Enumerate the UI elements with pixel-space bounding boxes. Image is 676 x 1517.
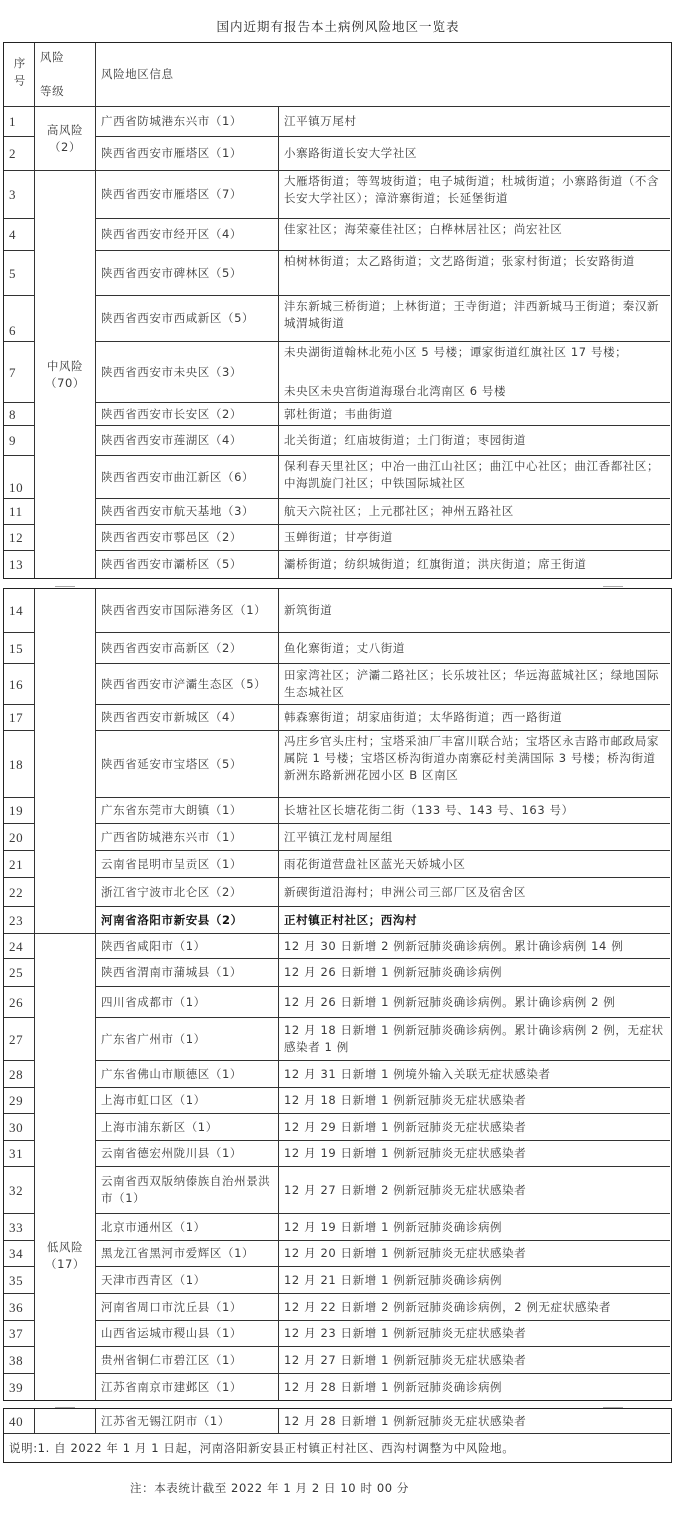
row-9-seq: 9 bbox=[4, 426, 35, 456]
row-18-region: 陕西省延安市宝塔区（5） bbox=[96, 731, 279, 798]
row-5-region: 陕西省西安市碑林区（5） bbox=[96, 251, 279, 296]
row-36-detail: 12 月 22 日新增 2 例新冠肺炎确诊病例，2 例无症状感染者 bbox=[279, 1294, 670, 1321]
row-10-detail: 保利春天里社区；中冶一曲江山社区；曲江中心社区；曲江香都社区；中海凯旋门社区；中… bbox=[279, 456, 670, 499]
row-1-region: 广西省防城港东兴市（1） bbox=[96, 107, 279, 137]
row-29-region: 上海市虹口区（1） bbox=[96, 1088, 279, 1114]
row-8-seq: 8 bbox=[4, 403, 35, 426]
row-34-seq: 34 bbox=[4, 1241, 35, 1267]
row-35-seq: 35 bbox=[4, 1267, 35, 1294]
row-31-seq: 31 bbox=[4, 1141, 35, 1167]
row-7-region: 陕西省西安市未央区（3） bbox=[96, 342, 279, 403]
row-21-seq: 21 bbox=[4, 851, 35, 878]
row-12-seq: 12 bbox=[4, 525, 35, 551]
row-18-seq: 18 bbox=[4, 731, 35, 798]
row-40-region: 江苏省无锡江阴市（1） bbox=[96, 1409, 279, 1434]
level-medium-count: （70） bbox=[45, 375, 85, 392]
page-break-marker-right-2 bbox=[603, 1401, 623, 1408]
row-13-seq: 13 bbox=[4, 551, 35, 578]
row-20-detail: 江平镇江龙村周屋组 bbox=[279, 824, 670, 851]
row-10-region: 陕西省西安市曲江新区（6） bbox=[96, 456, 279, 499]
page-break-marker-left-2 bbox=[55, 1401, 75, 1408]
row-26-region: 四川省成都市（1） bbox=[96, 987, 279, 1018]
table-segment-3: 40 江苏省无锡江阴市（1） 12 月 28 日新增 1 例新冠肺炎无症状感染者… bbox=[3, 1408, 672, 1463]
row-39-region: 江苏省南京市建邺区（1） bbox=[96, 1374, 279, 1400]
row-6-detail: 沣东新城三桥街道；上林街道；王寺街道；沣西新城马王街道；秦汉新城渭城街道 bbox=[279, 296, 670, 342]
row-32-seq: 32 bbox=[4, 1167, 35, 1214]
row-27-detail: 12 月 18 日新增 1 例新冠肺炎确诊病例。累计确诊病例 2 例，无症状感染… bbox=[279, 1018, 670, 1061]
row-14-seq: 14 bbox=[4, 589, 35, 633]
row-15-region: 陕西省西安市高新区（2） bbox=[96, 633, 279, 664]
level-high-count: （2） bbox=[49, 139, 81, 156]
row-13-region: 陕西省西安市灞桥区（5） bbox=[96, 551, 279, 578]
row-40-seq: 40 bbox=[4, 1409, 35, 1434]
row-39-seq: 39 bbox=[4, 1374, 35, 1400]
table-note: 说明:1. 自 2022 年 1 月 1 日起，河南洛阳新安县正村镇正村社区、西… bbox=[4, 1434, 670, 1461]
row-33-region: 北京市通州区（1） bbox=[96, 1214, 279, 1241]
row-14-region: 陕西省西安市国际港务区（1） bbox=[96, 589, 279, 633]
row-4-region: 陕西省西安市经开区（4） bbox=[96, 219, 279, 251]
page-break-marker-right bbox=[603, 580, 623, 587]
level-low-count: （17） bbox=[45, 1256, 85, 1273]
row-32-detail: 12 月 27 日新增 2 例新冠肺炎无症状感染者 bbox=[279, 1167, 670, 1214]
row-15-detail: 鱼化寨街道；丈八街道 bbox=[279, 633, 670, 664]
page-break-marker-left bbox=[55, 580, 75, 587]
row-4-detail: 佳家社区；海荣豪佳社区；白桦林居社区；尚宏社区 bbox=[279, 219, 670, 251]
row-27-seq: 27 bbox=[4, 1018, 35, 1061]
row-15-seq: 15 bbox=[4, 633, 35, 664]
row-33-seq: 33 bbox=[4, 1214, 35, 1241]
row-31-detail: 12 月 19 日新增 1 例新冠肺炎无症状感染者 bbox=[279, 1141, 670, 1167]
row-40-detail: 12 月 28 日新增 1 例新冠肺炎无症状感染者 bbox=[279, 1409, 670, 1434]
row-7-detail-line-1: 未央湖街道翰林北苑小区 5 号楼；谭家街道红旗社区 17 号楼； bbox=[284, 344, 627, 361]
row-24-region: 陕西省咸阳市（1） bbox=[96, 934, 279, 959]
row-2-region: 陕西省西安市雁塔区（1） bbox=[96, 137, 279, 171]
row-20-seq: 20 bbox=[4, 824, 35, 851]
row-19-region: 广东省东莞市大朗镇（1） bbox=[96, 798, 279, 824]
row-35-region: 天津市西青区（1） bbox=[96, 1267, 279, 1294]
level-high-name: 高风险 bbox=[47, 122, 83, 139]
row-11-detail: 航天六院社区；上元郡社区；神州五路社区 bbox=[279, 499, 670, 525]
row-20-region: 广西省防城港东兴市（1） bbox=[96, 824, 279, 851]
row-23-detail: 正村镇正村社区；西沟村 bbox=[279, 907, 670, 934]
row-9-region: 陕西省西安市莲湖区（4） bbox=[96, 426, 279, 456]
row-7-seq: 7 bbox=[4, 342, 35, 403]
row-5-detail: 柏树林街道；太乙路街道；文艺路街道；张家村街道；长安路街道 bbox=[279, 251, 670, 296]
row-24-detail: 12 月 30 日新增 2 例新冠肺炎确诊病例。累计确诊病例 14 例 bbox=[279, 934, 670, 959]
row-34-detail: 12 月 20 日新增 1 例新冠肺炎无症状感染者 bbox=[279, 1241, 670, 1267]
row-3-region: 陕西省西安市雁塔区（7） bbox=[96, 171, 279, 219]
header-info-label: 风险地区信息 bbox=[101, 66, 174, 83]
row-8-detail: 郭杜街道；韦曲街道 bbox=[279, 403, 670, 426]
row-14-detail: 新筑街道 bbox=[279, 589, 670, 633]
row-28-seq: 28 bbox=[4, 1061, 35, 1088]
row-22-region: 浙江省宁波市北仑区（2） bbox=[96, 878, 279, 907]
row-1-seq: 1 bbox=[4, 107, 35, 137]
row-10-seq: 10 bbox=[4, 456, 35, 499]
row-28-detail: 12 月 31 日新增 1 例境外输入关联无症状感染者 bbox=[279, 1061, 670, 1088]
row-37-seq: 37 bbox=[4, 1321, 35, 1347]
row-21-detail: 雨花街道营盘社区蓝光天娇城小区 bbox=[279, 851, 670, 878]
row-25-seq: 25 bbox=[4, 959, 35, 987]
row-7-detail-line-2: 未央区未央宫街道海璟台北湾南区 6 号楼 bbox=[284, 383, 506, 400]
row-30-detail: 12 月 29 日新增 1 例新冠肺炎无症状感染者 bbox=[279, 1114, 670, 1141]
row-25-detail: 12 月 26 日新增 1 例新冠肺炎确诊病例 bbox=[279, 959, 670, 987]
row-16-region: 陕西省西安市浐灞生态区（5） bbox=[96, 664, 279, 705]
level-low: 低风险 （17） bbox=[35, 934, 96, 1400]
row-3-detail: 大雁塔街道；等驾坡街道；电子城街道；杜城街道；小寨路街道（不含长安大学社区）；漳… bbox=[279, 171, 670, 219]
row-8-region: 陕西省西安市长安区（2） bbox=[96, 403, 279, 426]
row-29-seq: 29 bbox=[4, 1088, 35, 1114]
row-22-detail: 新碶街道沿海村；申洲公司三部厂区及宿舍区 bbox=[279, 878, 670, 907]
row-21-region: 云南省昆明市呈贡区（1） bbox=[96, 851, 279, 878]
row-34-region: 黑龙江省黑河市爱辉区（1） bbox=[96, 1241, 279, 1267]
row-39-detail: 12 月 28 日新增 1 例新冠肺炎确诊病例 bbox=[279, 1374, 670, 1400]
row-25-region: 陕西省渭南市蒲城县（1） bbox=[96, 959, 279, 987]
row-6-seq: 6 bbox=[4, 296, 35, 342]
row-9-detail: 北关街道；红庙坡街道；土门街道；枣园街道 bbox=[279, 426, 670, 456]
row-30-seq: 30 bbox=[4, 1114, 35, 1141]
row-37-region: 山西省运城市稷山县（1） bbox=[96, 1321, 279, 1347]
row-13-detail: 灞桥街道；纺织城街道；红旗街道；洪庆街道；席王街道 bbox=[279, 551, 670, 578]
header-level-label-2: 等级 bbox=[40, 83, 64, 100]
row-12-detail: 玉蝉街道；甘亭街道 bbox=[279, 525, 670, 551]
row-36-seq: 36 bbox=[4, 1294, 35, 1321]
row-35-detail: 12 月 21 日新增 1 例新冠肺炎确诊病例 bbox=[279, 1267, 670, 1294]
row-16-seq: 16 bbox=[4, 664, 35, 705]
row-23-seq: 23 bbox=[4, 907, 35, 934]
row-17-seq: 17 bbox=[4, 705, 35, 731]
row-32-region: 云南省西双版纳傣族自治州景洪市（1） bbox=[96, 1167, 279, 1214]
row-1-detail: 江平镇万尾村 bbox=[279, 107, 670, 137]
row-12-region: 陕西省西安市鄠邑区（2） bbox=[96, 525, 279, 551]
table-segment-1: 序号 风险 等级 风险地区信息 高风险 （2） 中风险 （70） 1 广西省防城… bbox=[3, 42, 672, 579]
row-2-seq: 2 bbox=[4, 137, 35, 171]
row-33-detail: 12 月 19 日新增 1 例新冠肺炎确诊病例 bbox=[279, 1214, 670, 1241]
row-26-seq: 26 bbox=[4, 987, 35, 1018]
header-level: 风险 等级 bbox=[35, 43, 96, 107]
row-37-detail: 12 月 23 日新增 1 例新冠肺炎无症状感染者 bbox=[279, 1321, 670, 1347]
row-2-detail: 小寨路街道长安大学社区 bbox=[279, 137, 670, 171]
row-17-region: 陕西省西安市新城区（4） bbox=[96, 705, 279, 731]
header-level-label-1: 风险 bbox=[40, 49, 64, 66]
row-16-detail: 田家湾社区；浐灞二路社区；长乐坡社区；华远海蓝城社区；绿地国际生态城社区 bbox=[279, 664, 670, 705]
row-4-seq: 4 bbox=[4, 219, 35, 251]
footer-note: 注：本表统计截至 2022 年 1 月 2 日 10 时 00 分 bbox=[130, 1480, 409, 1496]
row-3-seq: 3 bbox=[4, 171, 35, 219]
row-19-seq: 19 bbox=[4, 798, 35, 824]
row-5-seq: 5 bbox=[4, 251, 35, 296]
level-high: 高风险 （2） bbox=[35, 107, 96, 171]
row-11-seq: 11 bbox=[4, 499, 35, 525]
row-36-region: 河南省周口市沈丘县（1） bbox=[96, 1294, 279, 1321]
row-11-region: 陕西省西安市航天基地（3） bbox=[96, 499, 279, 525]
row-38-seq: 38 bbox=[4, 1347, 35, 1374]
row-30-region: 上海市浦东新区（1） bbox=[96, 1114, 279, 1141]
row-38-region: 贵州省铜仁市碧江区（1） bbox=[96, 1347, 279, 1374]
row-28-region: 广东省佛山市顺德区（1） bbox=[96, 1061, 279, 1088]
row-38-detail: 12 月 27 日新增 1 例新冠肺炎无症状感染者 bbox=[279, 1347, 670, 1374]
header-info: 风险地区信息 bbox=[96, 43, 670, 107]
row-24-seq: 24 bbox=[4, 934, 35, 959]
row-31-region: 云南省德宏州陇川县（1） bbox=[96, 1141, 279, 1167]
header-seq-label: 序号 bbox=[11, 57, 28, 92]
row-29-detail: 12 月 18 日新增 1 例新冠肺炎无症状感染者 bbox=[279, 1088, 670, 1114]
row-6-region: 陕西省西安市西咸新区（5） bbox=[96, 296, 279, 342]
header-seq: 序号 bbox=[4, 43, 35, 107]
row-17-detail: 韩森寨街道；胡家庙街道；太华路街道；西一路街道 bbox=[279, 705, 670, 731]
level-low-name: 低风险 bbox=[47, 1239, 83, 1256]
level-medium: 中风险 （70） bbox=[35, 171, 96, 578]
row-19-detail: 长塘社区长塘花街二街（133 号、143 号、163 号） bbox=[279, 798, 670, 824]
row-7-detail: 未央湖街道翰林北苑小区 5 号楼；谭家街道红旗社区 17 号楼； 未央区未央宫街… bbox=[279, 342, 670, 403]
level-medium-continued bbox=[35, 589, 96, 934]
page-title: 国内近期有报告本土病例风险地区一览表 bbox=[0, 17, 676, 35]
row-23-region: 河南省洛阳市新安县（2） bbox=[96, 907, 279, 934]
row-26-detail: 12 月 26 日新增 1 例新冠肺炎确诊病例。累计确诊病例 2 例 bbox=[279, 987, 670, 1018]
table-segment-2: 低风险 （17） 14 陕西省西安市国际港务区（1） 新筑街道 15 陕西省西安… bbox=[3, 588, 672, 1401]
row-27-region: 广东省广州市（1） bbox=[96, 1018, 279, 1061]
row-22-seq: 22 bbox=[4, 878, 35, 907]
row-18-detail: 冯庄乡官头庄村；宝塔采油厂丰富川联合站；宝塔区永吉路市邮政局家属院 1 号楼；宝… bbox=[279, 731, 670, 798]
row-40-level bbox=[35, 1409, 96, 1434]
level-medium-name: 中风险 bbox=[47, 358, 83, 375]
